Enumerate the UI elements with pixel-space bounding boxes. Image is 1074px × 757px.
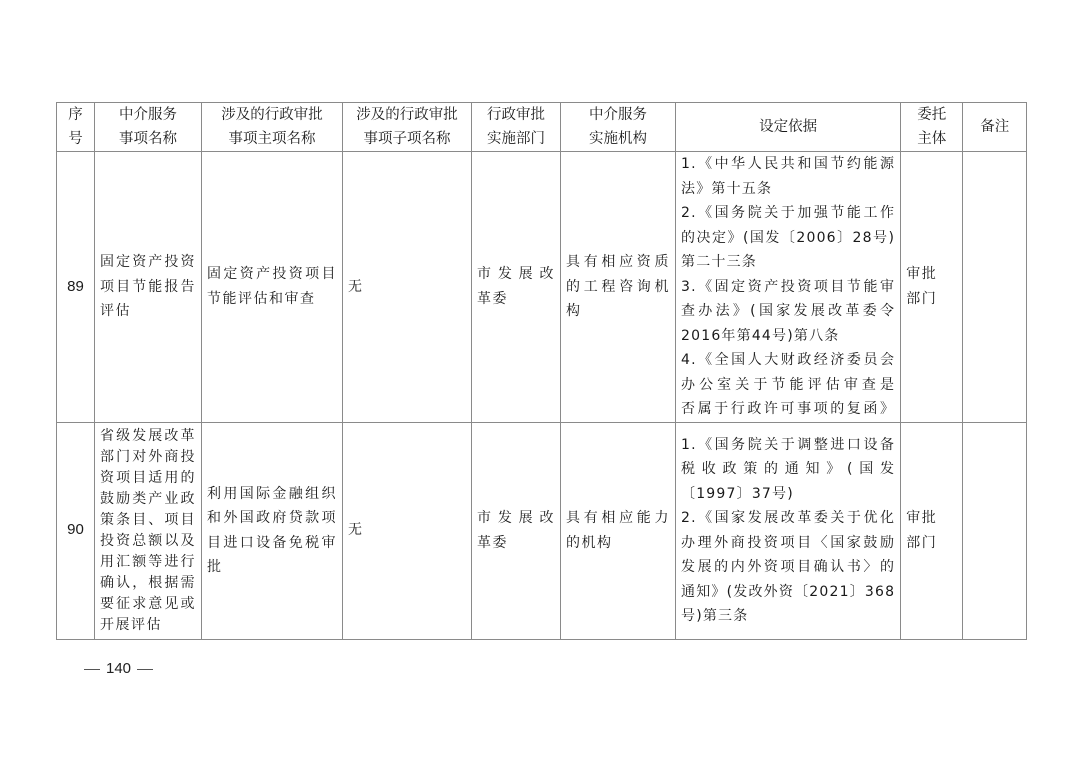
remark-cell bbox=[963, 152, 1027, 423]
text-line: 查办法》(国家发展改革委令 bbox=[681, 299, 895, 324]
text-line: 1.《国务院关于调整进口设备 bbox=[681, 433, 895, 458]
header-row: 序号 中介服务事项名称 涉及的行政审批事项主项名称 涉及的行政审批事项子项名称 … bbox=[57, 103, 1027, 152]
header-label: 实施部门 bbox=[477, 127, 555, 151]
text-line: 1.《中华人民共和国节约能源 bbox=[681, 152, 895, 177]
agency-cell: 具有相应能力 的机构 bbox=[561, 422, 676, 639]
text-line: 4.《全国人大财政经济委员会 bbox=[681, 348, 895, 373]
table-row: 90 省级发展改革 部门对外商投 资项目适用的 鼓励类产业政 策条目、项目 投资… bbox=[57, 422, 1027, 639]
header-label: 事项子项名称 bbox=[348, 127, 466, 151]
department-cell: 市发展改 革委 bbox=[472, 422, 561, 639]
text-line: 第二十三条 bbox=[681, 250, 895, 275]
text-line: 的机构 bbox=[566, 531, 670, 556]
dash-decoration bbox=[84, 669, 100, 670]
main-item-cell: 固定资产投资项目 节能评估和审查 bbox=[202, 152, 343, 423]
text-line: 部门对外商投 bbox=[100, 447, 196, 468]
text-line: 用汇额等进行 bbox=[100, 552, 196, 573]
header-label: 事项主项名称 bbox=[207, 127, 337, 151]
text-line: 3.《固定资产投资项目节能审 bbox=[681, 275, 895, 300]
text-line: 法》第十五条 bbox=[681, 177, 895, 202]
legal-basis-cell: 1.《中华人民共和国节约能源 法》第十五条 2.《国务院关于加强节能工作 的决定… bbox=[676, 152, 901, 423]
text-line: 节能评估和审查 bbox=[207, 287, 337, 312]
row-number: 89 bbox=[57, 152, 95, 423]
text-line: 无 bbox=[348, 275, 466, 300]
header-label: 号 bbox=[62, 127, 89, 151]
text-line: 和外国政府贷款项 bbox=[207, 506, 337, 531]
header-label: 中介服务 bbox=[100, 103, 196, 127]
header-label: 委托 bbox=[906, 103, 957, 127]
text-line: 目进口设备免税审 bbox=[207, 531, 337, 556]
text-line: 2016年第44号)第八条 bbox=[681, 324, 895, 349]
text-line: 无 bbox=[348, 518, 466, 543]
service-name-cell: 固定资产投资 项目节能报告 评估 bbox=[95, 152, 202, 423]
text-line: 固定资产投资 bbox=[100, 250, 196, 275]
header-label: 实施机构 bbox=[566, 127, 670, 151]
text-line: 号)第三条 bbox=[681, 604, 895, 629]
sub-item-cell: 无 bbox=[343, 422, 472, 639]
text-line: 市发展改 bbox=[477, 262, 555, 287]
text-line: 办理外商投资项目〈国家鼓励 bbox=[681, 531, 895, 556]
text-line: 革委 bbox=[477, 531, 555, 556]
text-line: 项目节能报告 bbox=[100, 275, 196, 300]
text-line: 审批 bbox=[906, 506, 957, 531]
page-number: 140 bbox=[106, 660, 131, 677]
header-label: 中介服务 bbox=[566, 103, 670, 127]
text-line: 办公室关于节能评估审查是 bbox=[681, 373, 895, 398]
text-line: 评估 bbox=[100, 299, 196, 324]
header-label: 序 bbox=[62, 103, 89, 127]
text-line: 审批 bbox=[906, 262, 957, 287]
entrusted-party-cell: 审批 部门 bbox=[901, 422, 963, 639]
row-number: 90 bbox=[57, 422, 95, 639]
main-item-cell: 利用国际金融组织 和外国政府贷款项 目进口设备免税审 批 bbox=[202, 422, 343, 639]
text-line: 要征求意见或 bbox=[100, 594, 196, 615]
header-cell-no: 序号 bbox=[57, 103, 95, 152]
text-line: 的决定》(国发〔2006〕28号) bbox=[681, 226, 895, 251]
text-line: 具有相应能力 bbox=[566, 506, 670, 531]
remark-cell bbox=[963, 422, 1027, 639]
header-cell-main-item: 涉及的行政审批事项主项名称 bbox=[202, 103, 343, 152]
header-cell-agency: 中介服务实施机构 bbox=[561, 103, 676, 152]
text-line: 市发展改 bbox=[477, 506, 555, 531]
text-line: 否属于行政许可事项的复函》 bbox=[681, 397, 895, 422]
text-line: 构 bbox=[566, 299, 670, 324]
department-cell: 市发展改 革委 bbox=[472, 152, 561, 423]
text-line: 批 bbox=[207, 555, 337, 580]
legal-basis-cell: 1.《国务院关于调整进口设备 税收政策的通知》(国发 〔1997〕37号) 2.… bbox=[676, 422, 901, 639]
header-cell-sub-item: 涉及的行政审批事项子项名称 bbox=[343, 103, 472, 152]
table-row: 89 固定资产投资 项目节能报告 评估 固定资产投资项目 节能评估和审查 无 市… bbox=[57, 152, 1027, 423]
header-label: 备注 bbox=[968, 115, 1021, 139]
header-label: 设定依据 bbox=[681, 115, 895, 139]
agency-cell: 具有相应资质 的工程咨询机 构 bbox=[561, 152, 676, 423]
text-line: 的工程咨询机 bbox=[566, 275, 670, 300]
text-line: 策条目、项目 bbox=[100, 510, 196, 531]
text-line: 2.《国家发展改革委关于优化 bbox=[681, 506, 895, 531]
text-line: 鼓励类产业政 bbox=[100, 489, 196, 510]
text-line: 部门 bbox=[906, 287, 957, 312]
text-line: 开展评估 bbox=[100, 615, 196, 636]
text-line: 资项目适用的 bbox=[100, 468, 196, 489]
page-footer: 140 bbox=[78, 660, 159, 677]
text-line: 省级发展改革 bbox=[100, 426, 196, 447]
header-label: 行政审批 bbox=[477, 103, 555, 127]
text-line: 税收政策的通知》(国发 bbox=[681, 457, 895, 482]
header-cell-service-name: 中介服务事项名称 bbox=[95, 103, 202, 152]
text-line: 〔1997〕37号) bbox=[681, 482, 895, 507]
text-line: 具有相应资质 bbox=[566, 250, 670, 275]
header-label: 涉及的行政审批 bbox=[348, 103, 466, 127]
header-label: 事项名称 bbox=[100, 127, 196, 151]
header-label: 主体 bbox=[906, 127, 957, 151]
header-cell-remark: 备注 bbox=[963, 103, 1027, 152]
intermediary-services-table: 序号 中介服务事项名称 涉及的行政审批事项主项名称 涉及的行政审批事项子项名称 … bbox=[56, 102, 1027, 640]
header-label: 涉及的行政审批 bbox=[207, 103, 337, 127]
header-cell-basis: 设定依据 bbox=[676, 103, 901, 152]
header-cell-department: 行政审批实施部门 bbox=[472, 103, 561, 152]
header-cell-entrusted: 委托主体 bbox=[901, 103, 963, 152]
text-line: 利用国际金融组织 bbox=[207, 482, 337, 507]
text-line: 革委 bbox=[477, 287, 555, 312]
dash-decoration bbox=[137, 669, 153, 670]
sub-item-cell: 无 bbox=[343, 152, 472, 423]
text-line: 确认，根据需 bbox=[100, 573, 196, 594]
entrusted-party-cell: 审批 部门 bbox=[901, 152, 963, 423]
text-line: 投资总额以及 bbox=[100, 531, 196, 552]
service-name-cell: 省级发展改革 部门对外商投 资项目适用的 鼓励类产业政 策条目、项目 投资总额以… bbox=[95, 422, 202, 639]
text-line: 2.《国务院关于加强节能工作 bbox=[681, 201, 895, 226]
text-line: 通知》(发改外资〔2021〕368 bbox=[681, 580, 895, 605]
text-line: 部门 bbox=[906, 531, 957, 556]
text-line: 发展的内外资项目确认书〉的 bbox=[681, 555, 895, 580]
text-line: 固定资产投资项目 bbox=[207, 262, 337, 287]
